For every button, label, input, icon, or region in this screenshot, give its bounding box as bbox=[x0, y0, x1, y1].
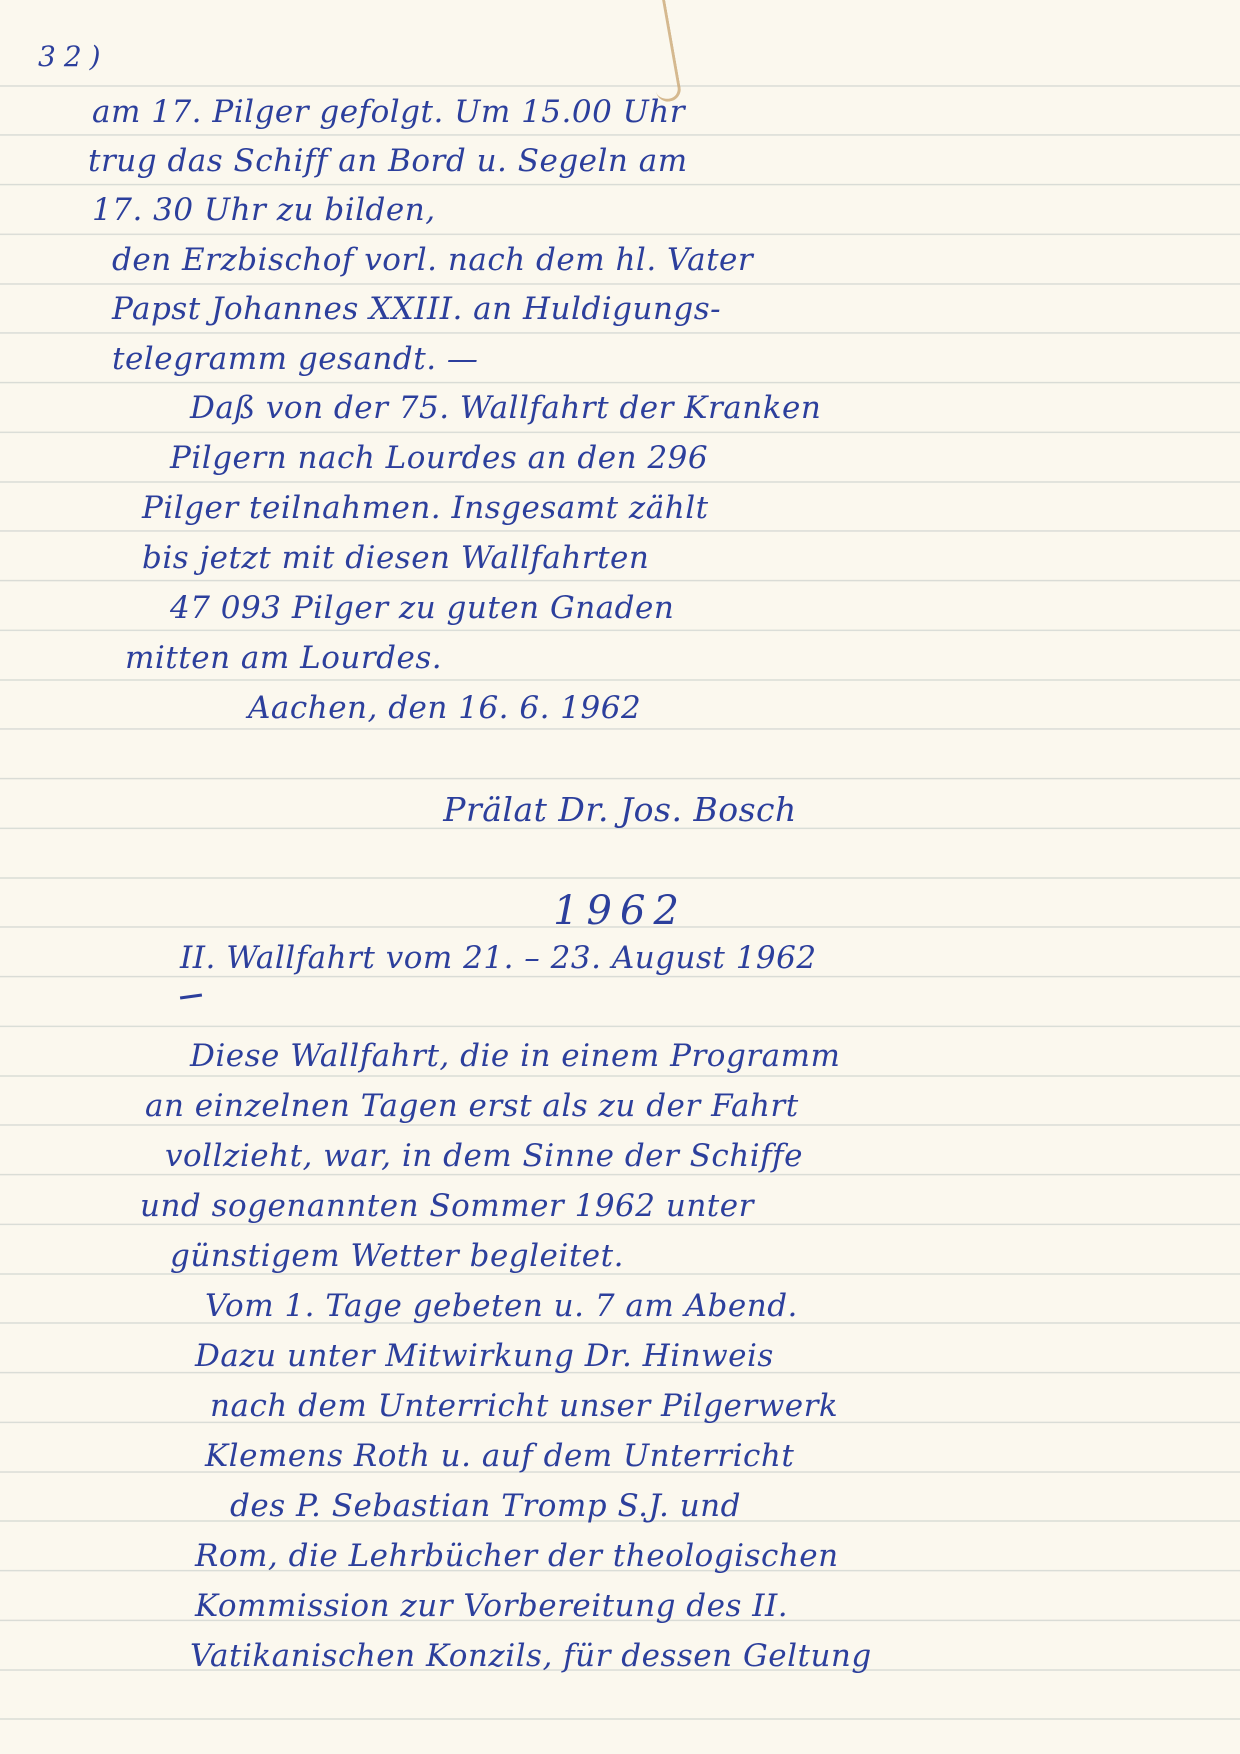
text-line: den Erzbischof vorl. nach dem hl. Vater bbox=[112, 242, 753, 278]
text-line: bis jetzt mit diesen Wallfahrten bbox=[142, 540, 649, 576]
text-line: günstigem Wetter begleitet. bbox=[170, 1238, 624, 1274]
text-line: Papst Johannes XXIII. an Huldigungs- bbox=[112, 291, 721, 327]
date-line: Aachen, den 16. 6. 1962 bbox=[248, 690, 641, 726]
text-line: des P. Sebastian Tromp S.J. und bbox=[230, 1488, 741, 1524]
text-line: Diese Wallfahrt, die in einem Programm bbox=[190, 1038, 840, 1074]
text-line: Vatikanischen Konzils, für dessen Geltun… bbox=[190, 1638, 872, 1674]
text-line: Klemens Roth u. auf dem Unterricht bbox=[205, 1438, 794, 1474]
text-line: 17. 30 Uhr zu bilden, bbox=[92, 192, 436, 228]
text-line: mitten am Lourdes. bbox=[125, 640, 442, 676]
text-line: Dazu unter Mitwirkung Dr. Hinweis bbox=[195, 1338, 774, 1374]
text-line: trug das Schiff an Bord u. Segeln am bbox=[88, 143, 688, 179]
text-line: an einzelnen Tagen erst als zu der Fahrt bbox=[145, 1088, 799, 1124]
text-line: Pilger teilnahmen. Insgesamt zählt bbox=[142, 490, 709, 526]
text-line: vollzieht, war, in dem Sinne der Schiffe bbox=[165, 1138, 803, 1174]
text-line: Rom, die Lehrbücher der theologischen bbox=[195, 1538, 839, 1574]
text-line: Pilgern nach Lourdes an den 296 bbox=[170, 440, 708, 476]
text-line: nach dem Unterricht unser Pilgerwerk bbox=[210, 1388, 838, 1424]
section-title: II. Wallfahrt vom 21. – 23. August 1962 bbox=[180, 940, 817, 976]
text-line: am 17. Pilger gefolgt. Um 15.00 Uhr bbox=[92, 94, 685, 130]
text-line: Daß von der 75. Wallfahrt der Kranken bbox=[190, 390, 821, 426]
text-line: telegramm gesandt. — bbox=[112, 341, 478, 377]
title-underline-mark bbox=[180, 993, 202, 999]
year-heading: 1962 bbox=[0, 888, 1240, 934]
notebook-page: 32) am 17. Pilger gefolgt. Um 15.00 Uhr … bbox=[0, 0, 1240, 1754]
text-line: Kommission zur Vorbereitung des II. bbox=[195, 1588, 788, 1624]
text-line: Vom 1. Tage gebeten u. 7 am Abend. bbox=[205, 1288, 798, 1324]
page-top-margin bbox=[0, 0, 1240, 40]
signature: Prälat Dr. Jos. Bosch bbox=[0, 790, 1240, 829]
page-number: 32) bbox=[38, 40, 109, 73]
text-line: und sogenannten Sommer 1962 unter bbox=[140, 1188, 754, 1224]
text-line: 47 093 Pilger zu guten Gnaden bbox=[170, 590, 674, 626]
